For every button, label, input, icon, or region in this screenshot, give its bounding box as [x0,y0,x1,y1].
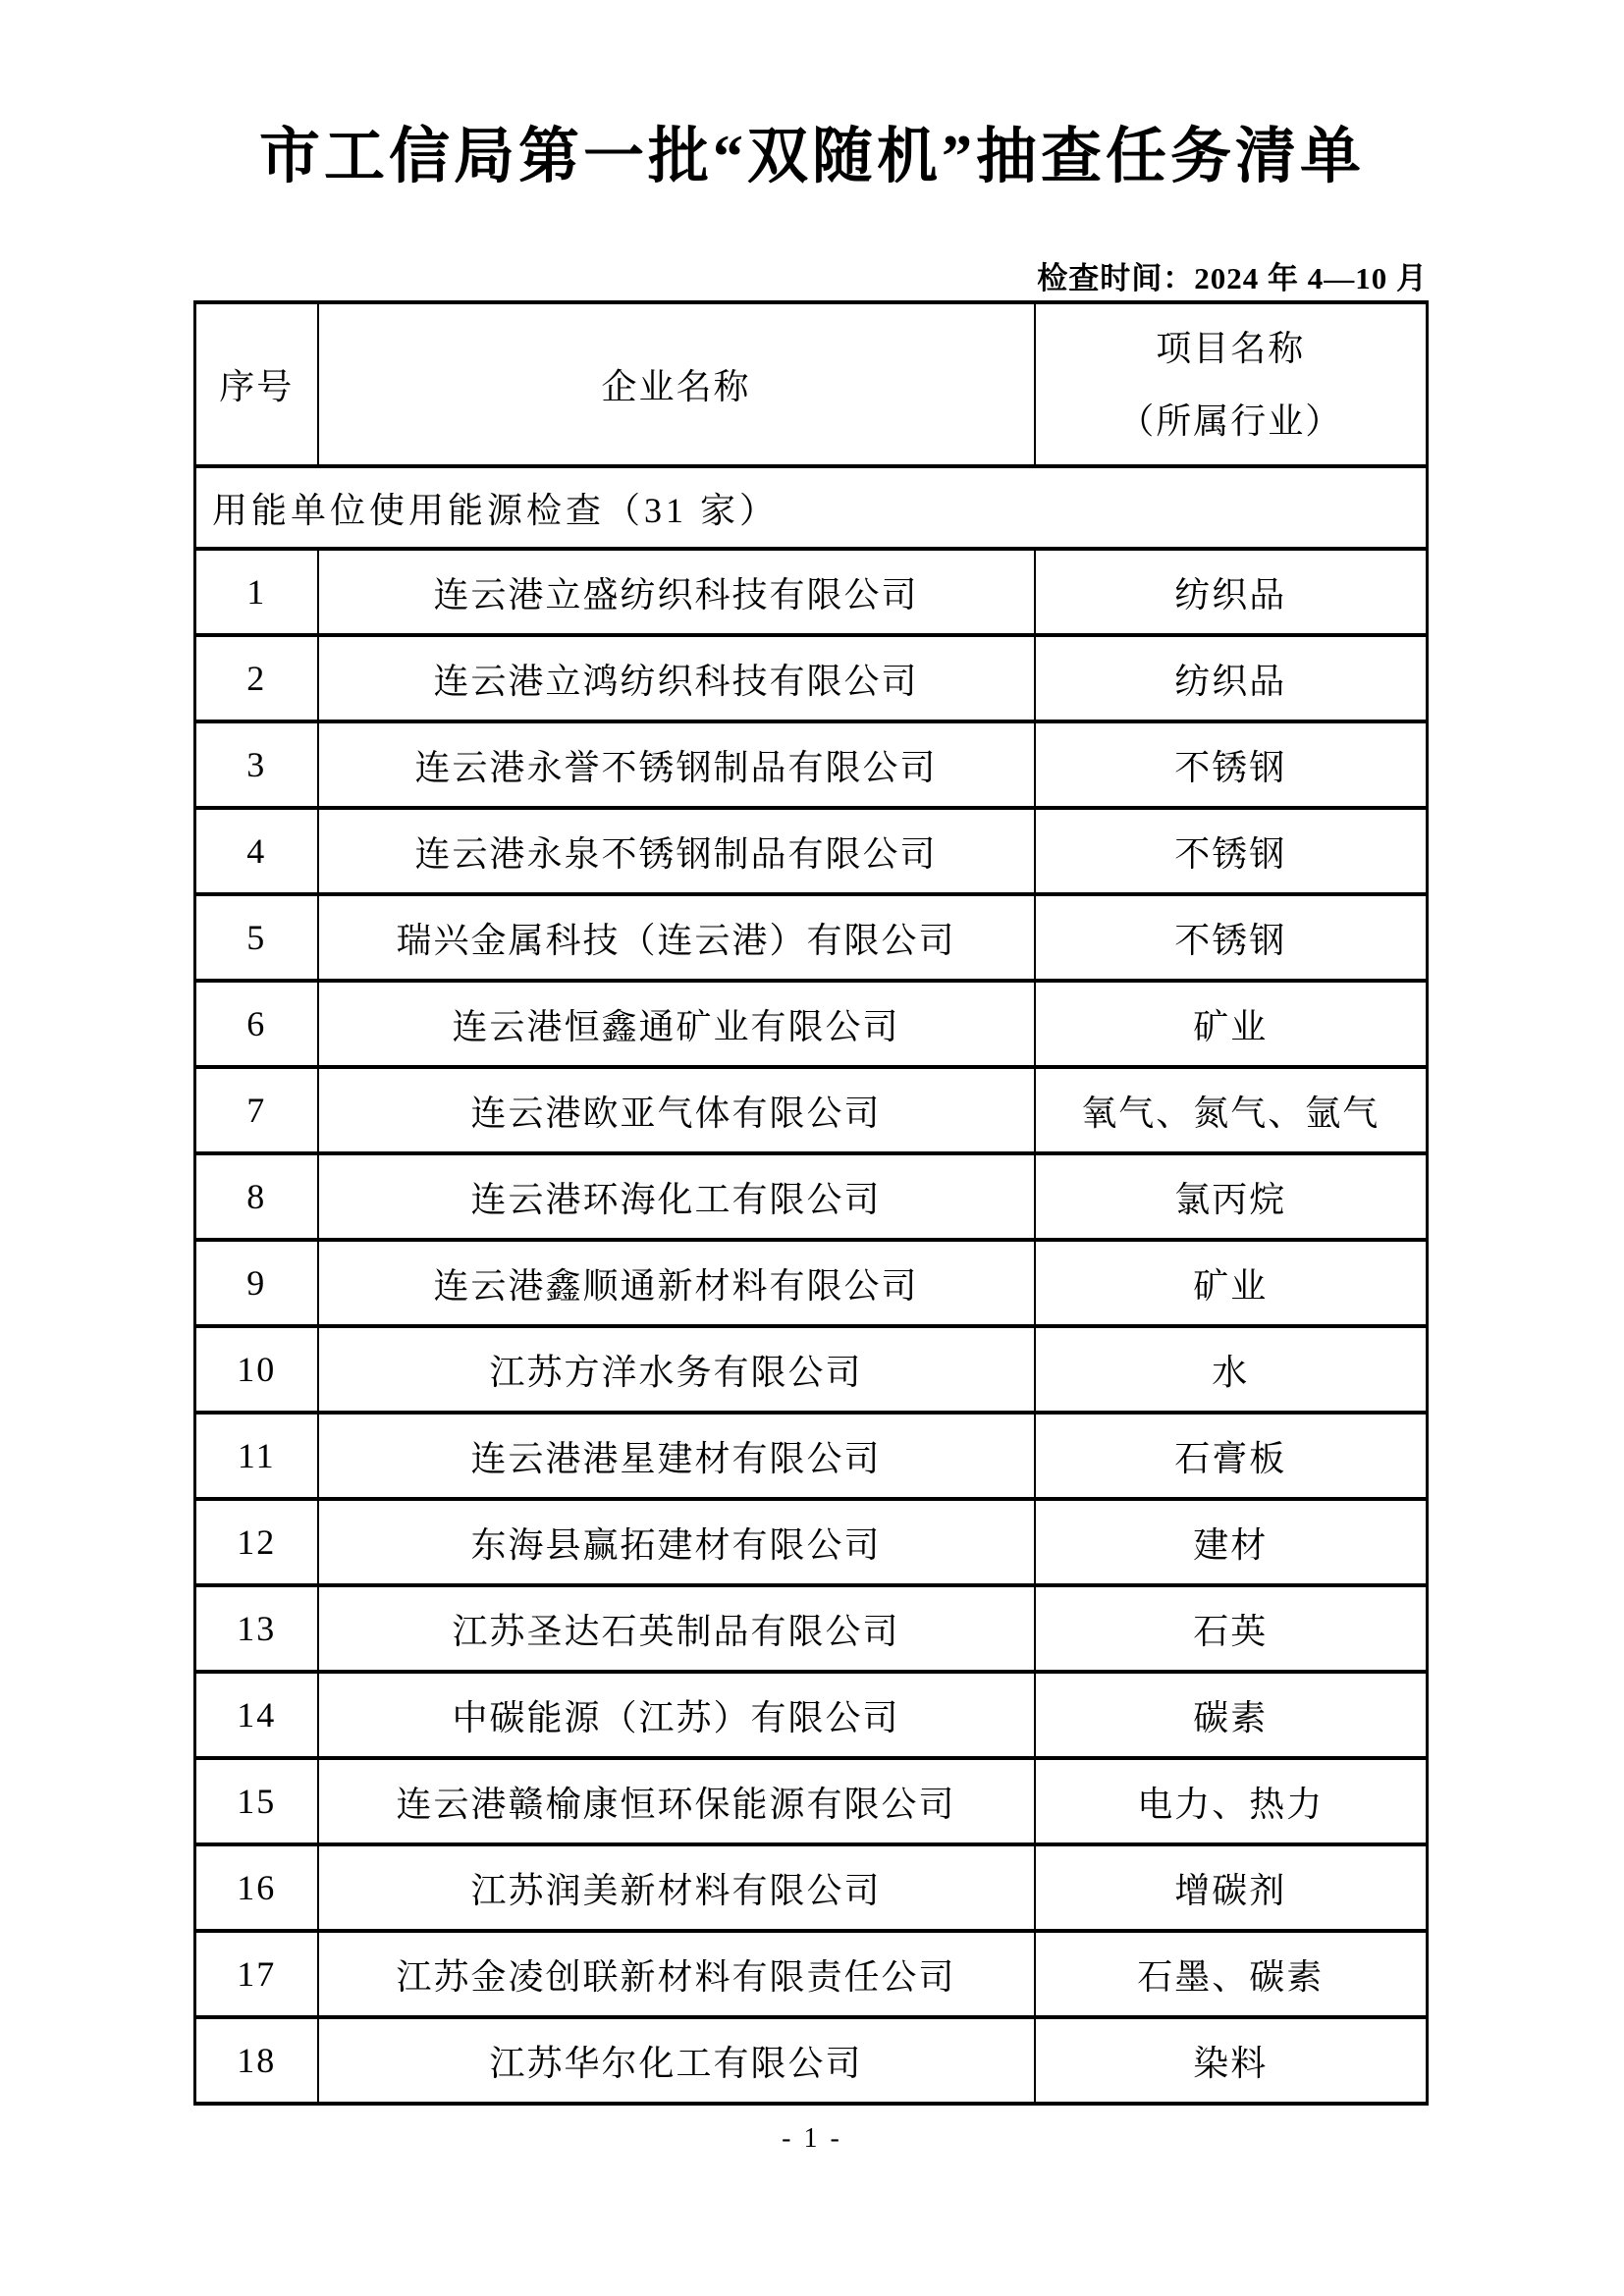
row-project-name: 碳素 [1035,1672,1428,1758]
header-project-line1: 项目名称 [1036,312,1427,385]
row-company-name: 中碳能源（江苏）有限公司 [318,1672,1035,1758]
row-serial-number: 12 [195,1499,318,1585]
row-company-name: 东海县赢拓建材有限公司 [318,1499,1035,1585]
row-project-name: 建材 [1035,1499,1428,1585]
table-row: 9连云港鑫顺通新材料有限公司矿业 [195,1240,1428,1326]
table-row: 17江苏金凌创联新材料有限责任公司石墨、碳素 [195,1931,1428,2017]
row-serial-number: 17 [195,1931,318,2017]
row-serial-number: 4 [195,808,318,894]
row-project-name: 氧气、氮气、氩气 [1035,1067,1428,1153]
row-serial-number: 11 [195,1413,318,1499]
row-project-name: 氯丙烷 [1035,1153,1428,1240]
table-row: 16江苏润美新材料有限公司增碳剂 [195,1844,1428,1931]
table-row: 11连云港港星建材有限公司石膏板 [195,1413,1428,1499]
row-project-name: 石英 [1035,1585,1428,1672]
row-project-name: 不锈钢 [1035,894,1428,981]
header-serial-number: 序号 [195,302,318,466]
table-row: 8连云港环海化工有限公司氯丙烷 [195,1153,1428,1240]
header-project-name: 项目名称 （所属行业） [1035,302,1428,466]
inspection-time-label: 检查时间：2024 年 4—10 月 [1037,253,1428,297]
row-company-name: 连云港立鸿纺织科技有限公司 [318,635,1035,721]
table-row: 7连云港欧亚气体有限公司氧气、氮气、氩气 [195,1067,1428,1153]
header-project-line2: （所属行业） [1036,385,1427,457]
row-serial-number: 13 [195,1585,318,1672]
row-company-name: 连云港欧亚气体有限公司 [318,1067,1035,1153]
table-row: 2连云港立鸿纺织科技有限公司纺织品 [195,635,1428,721]
row-company-name: 连云港鑫顺通新材料有限公司 [318,1240,1035,1326]
row-project-name: 纺织品 [1035,549,1428,635]
table-row: 6连云港恒鑫通矿业有限公司矿业 [195,981,1428,1067]
table-row: 14中碳能源（江苏）有限公司碳素 [195,1672,1428,1758]
row-serial-number: 8 [195,1153,318,1240]
row-serial-number: 1 [195,549,318,635]
row-company-name: 连云港港星建材有限公司 [318,1413,1035,1499]
table-row: 3连云港永誉不锈钢制品有限公司不锈钢 [195,721,1428,808]
row-company-name: 江苏华尔化工有限公司 [318,2017,1035,2104]
row-project-name: 电力、热力 [1035,1758,1428,1844]
section-row: 用能单位使用能源检查（31 家） [195,466,1428,549]
row-serial-number: 5 [195,894,318,981]
row-serial-number: 18 [195,2017,318,2104]
row-company-name: 连云港环海化工有限公司 [318,1153,1035,1240]
table-row: 1连云港立盛纺织科技有限公司纺织品 [195,549,1428,635]
row-serial-number: 3 [195,721,318,808]
row-project-name: 不锈钢 [1035,808,1428,894]
row-project-name: 矿业 [1035,981,1428,1067]
row-serial-number: 2 [195,635,318,721]
row-company-name: 江苏方洋水务有限公司 [318,1326,1035,1413]
row-company-name: 连云港立盛纺织科技有限公司 [318,549,1035,635]
row-company-name: 江苏圣达石英制品有限公司 [318,1585,1035,1672]
table-row: 10江苏方洋水务有限公司水 [195,1326,1428,1413]
table-row: 5瑞兴金属科技（连云港）有限公司不锈钢 [195,894,1428,981]
document-page: 市工信局第一批“双随机”抽查任务清单 检查时间：2024 年 4—10 月 序号… [0,0,1624,2296]
row-serial-number: 16 [195,1844,318,1931]
row-company-name: 连云港永泉不锈钢制品有限公司 [318,808,1035,894]
row-serial-number: 7 [195,1067,318,1153]
row-project-name: 不锈钢 [1035,721,1428,808]
row-serial-number: 6 [195,981,318,1067]
table-row: 15连云港赣榆康恒环保能源有限公司电力、热力 [195,1758,1428,1844]
row-serial-number: 10 [195,1326,318,1413]
row-project-name: 石膏板 [1035,1413,1428,1499]
row-company-name: 连云港赣榆康恒环保能源有限公司 [318,1758,1035,1844]
row-serial-number: 9 [195,1240,318,1326]
row-project-name: 增碳剂 [1035,1844,1428,1931]
row-project-name: 石墨、碳素 [1035,1931,1428,2017]
row-company-name: 连云港永誉不锈钢制品有限公司 [318,721,1035,808]
row-company-name: 江苏润美新材料有限公司 [318,1844,1035,1931]
section-label: 用能单位使用能源检查（31 家） [195,466,1428,549]
table-header-row: 序号 企业名称 项目名称 （所属行业） [195,302,1428,466]
row-company-name: 瑞兴金属科技（连云港）有限公司 [318,894,1035,981]
row-project-name: 水 [1035,1326,1428,1413]
page-title: 市工信局第一批“双随机”抽查任务清单 [0,124,1624,190]
row-serial-number: 15 [195,1758,318,1844]
page-number: - 1 - [0,2123,1624,2155]
table-row: 13江苏圣达石英制品有限公司石英 [195,1585,1428,1672]
row-project-name: 染料 [1035,2017,1428,2104]
task-table: 序号 企业名称 项目名称 （所属行业） 用能单位使用能源检查（31 家） 1连云… [193,300,1429,2106]
row-project-name: 纺织品 [1035,635,1428,721]
table-row: 18江苏华尔化工有限公司染料 [195,2017,1428,2104]
row-serial-number: 14 [195,1672,318,1758]
table-row: 12东海县赢拓建材有限公司建材 [195,1499,1428,1585]
header-company-name: 企业名称 [318,302,1035,466]
row-company-name: 连云港恒鑫通矿业有限公司 [318,981,1035,1067]
row-company-name: 江苏金凌创联新材料有限责任公司 [318,1931,1035,2017]
table-row: 4连云港永泉不锈钢制品有限公司不锈钢 [195,808,1428,894]
row-project-name: 矿业 [1035,1240,1428,1326]
